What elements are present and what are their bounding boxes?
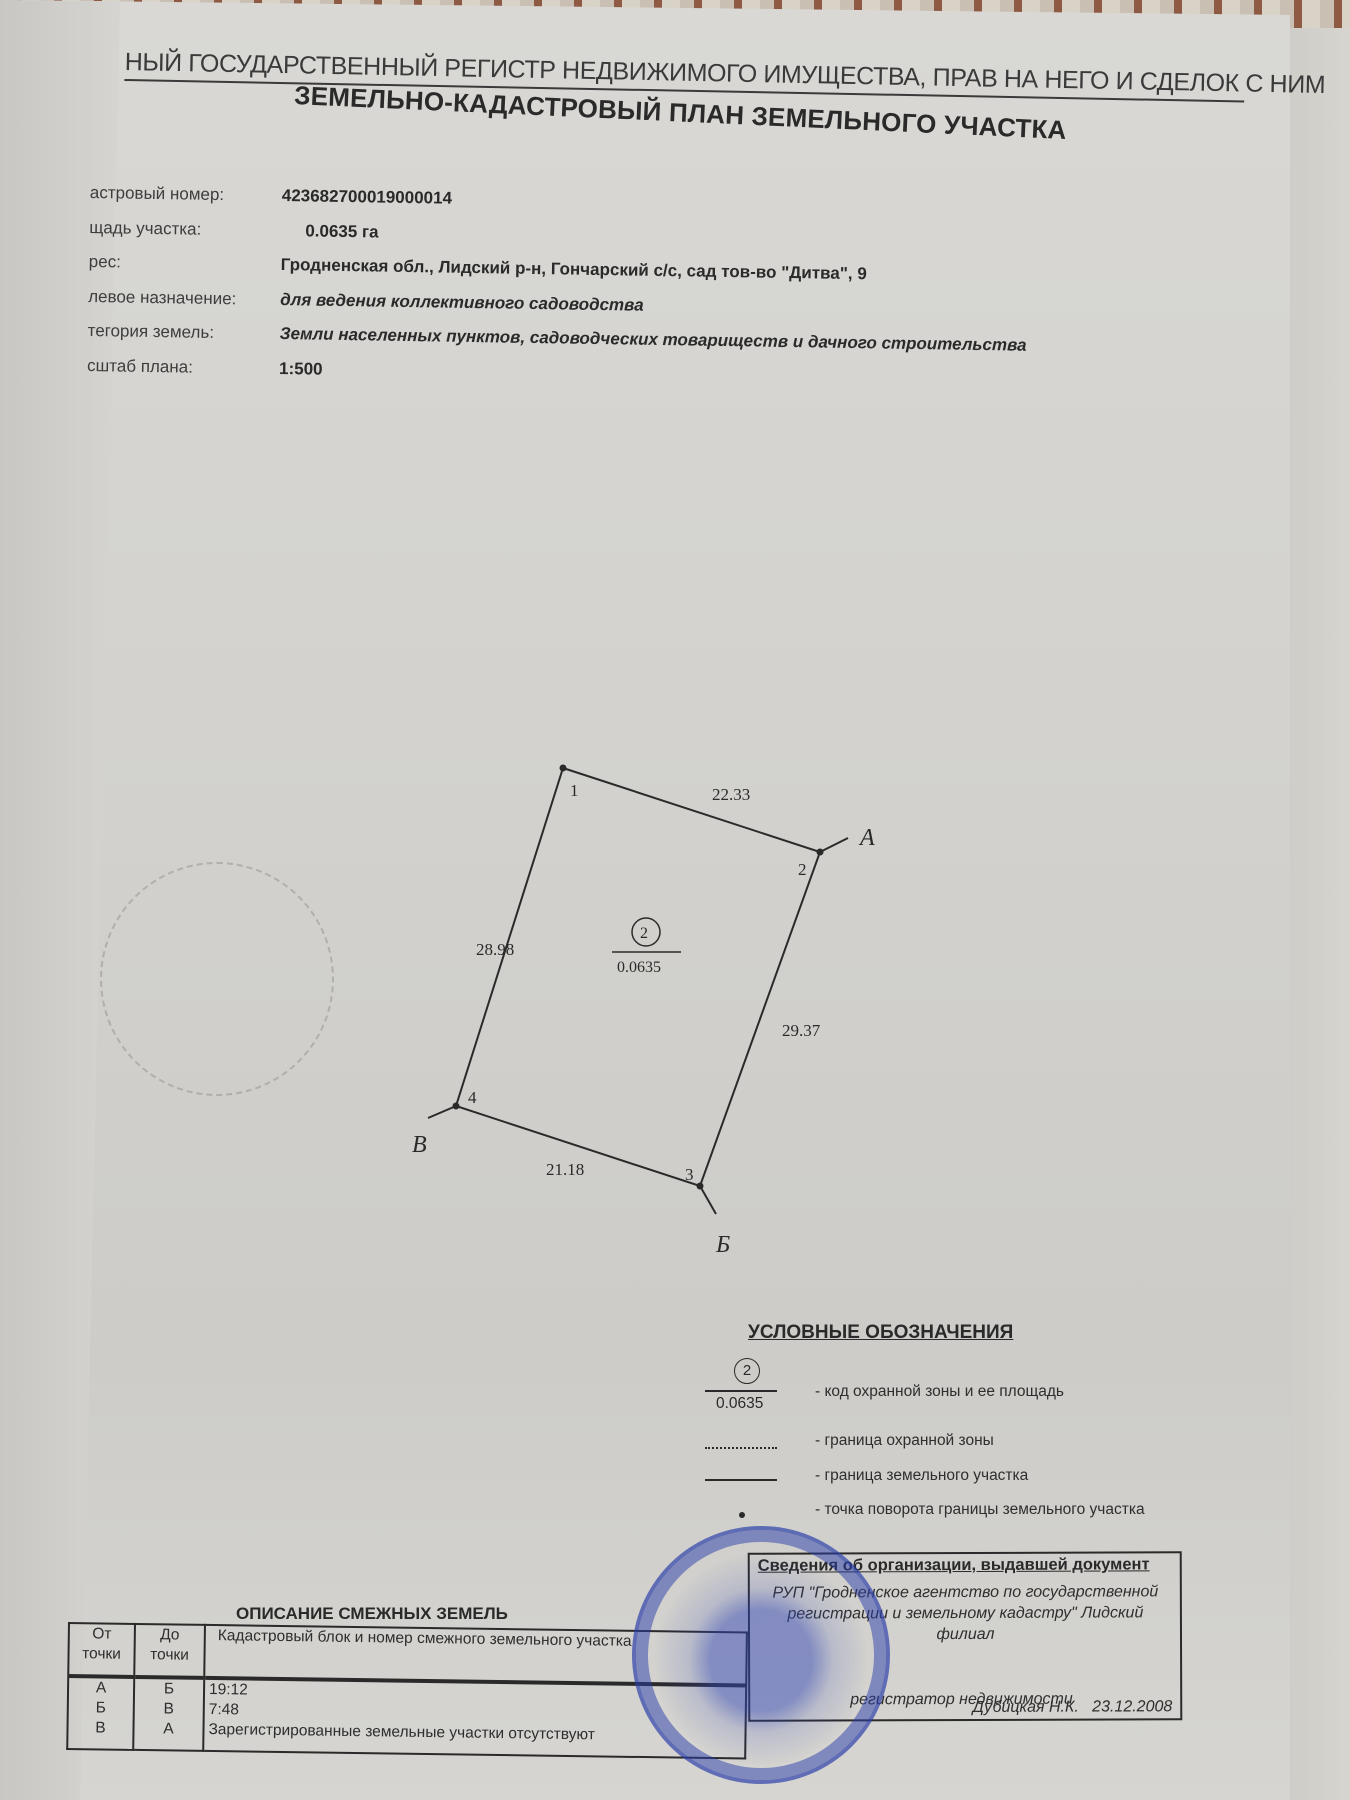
zone-fraction-line bbox=[705, 1390, 777, 1392]
turn-point-symbol bbox=[739, 1512, 745, 1518]
zone-code-symbol: 2 bbox=[734, 1358, 760, 1384]
legend-item-zone-code: - код охранной зоны и ее площадь bbox=[815, 1383, 1064, 1401]
faint-stamp-imprint bbox=[100, 862, 334, 1096]
issue-date: 23.12.2008 bbox=[1092, 1698, 1172, 1715]
dotted-line-symbol bbox=[705, 1447, 777, 1449]
legend-title: УСЛОВНЫЕ ОБОЗНАЧЕНИЯ bbox=[748, 1322, 1013, 1344]
legend-item-turn-point: - точка поворота границы земельного учас… bbox=[815, 1501, 1145, 1519]
info-label: левое назначение: bbox=[88, 286, 236, 308]
next-page-edge bbox=[1290, 28, 1350, 1800]
header-from-point: От точки bbox=[68, 1623, 135, 1677]
adjacent-lands-title: ОПИСАНИЕ СМЕЖНЫХ ЗЕМЕЛЬ bbox=[236, 1604, 508, 1624]
info-label: рес: bbox=[89, 252, 121, 273]
info-label: щадь участка: bbox=[89, 217, 201, 239]
info-label: тегория земель: bbox=[88, 321, 215, 343]
official-stamp-seal-icon bbox=[632, 1526, 890, 1784]
cadastral-number: 423682700019000014 bbox=[282, 186, 452, 209]
from-points: А Б В bbox=[67, 1676, 134, 1750]
info-label: сштаб плана: bbox=[87, 355, 193, 377]
to-points: Б В А bbox=[133, 1677, 204, 1751]
header-to-point: До точки bbox=[134, 1624, 205, 1678]
signature-line: Дубицкая Н.К. 23.12.2008 bbox=[973, 1698, 1173, 1717]
info-label: астровый номер: bbox=[90, 183, 225, 205]
zone-area-symbol: 0.0635 bbox=[716, 1395, 763, 1413]
legend-item-zone-boundary: - граница охранной зоны bbox=[815, 1432, 994, 1450]
signatory-name: Дубицкая Н.К. bbox=[973, 1699, 1079, 1716]
solid-line-symbol bbox=[705, 1479, 777, 1481]
parcel-area: 0.0635 га bbox=[305, 221, 379, 242]
legend-item-parcel-boundary: - граница земельного участка bbox=[815, 1467, 1028, 1485]
plan-scale: 1:500 bbox=[279, 358, 323, 379]
parcel-info: астровый номер: 423682700019000014 щадь … bbox=[87, 183, 1090, 406]
